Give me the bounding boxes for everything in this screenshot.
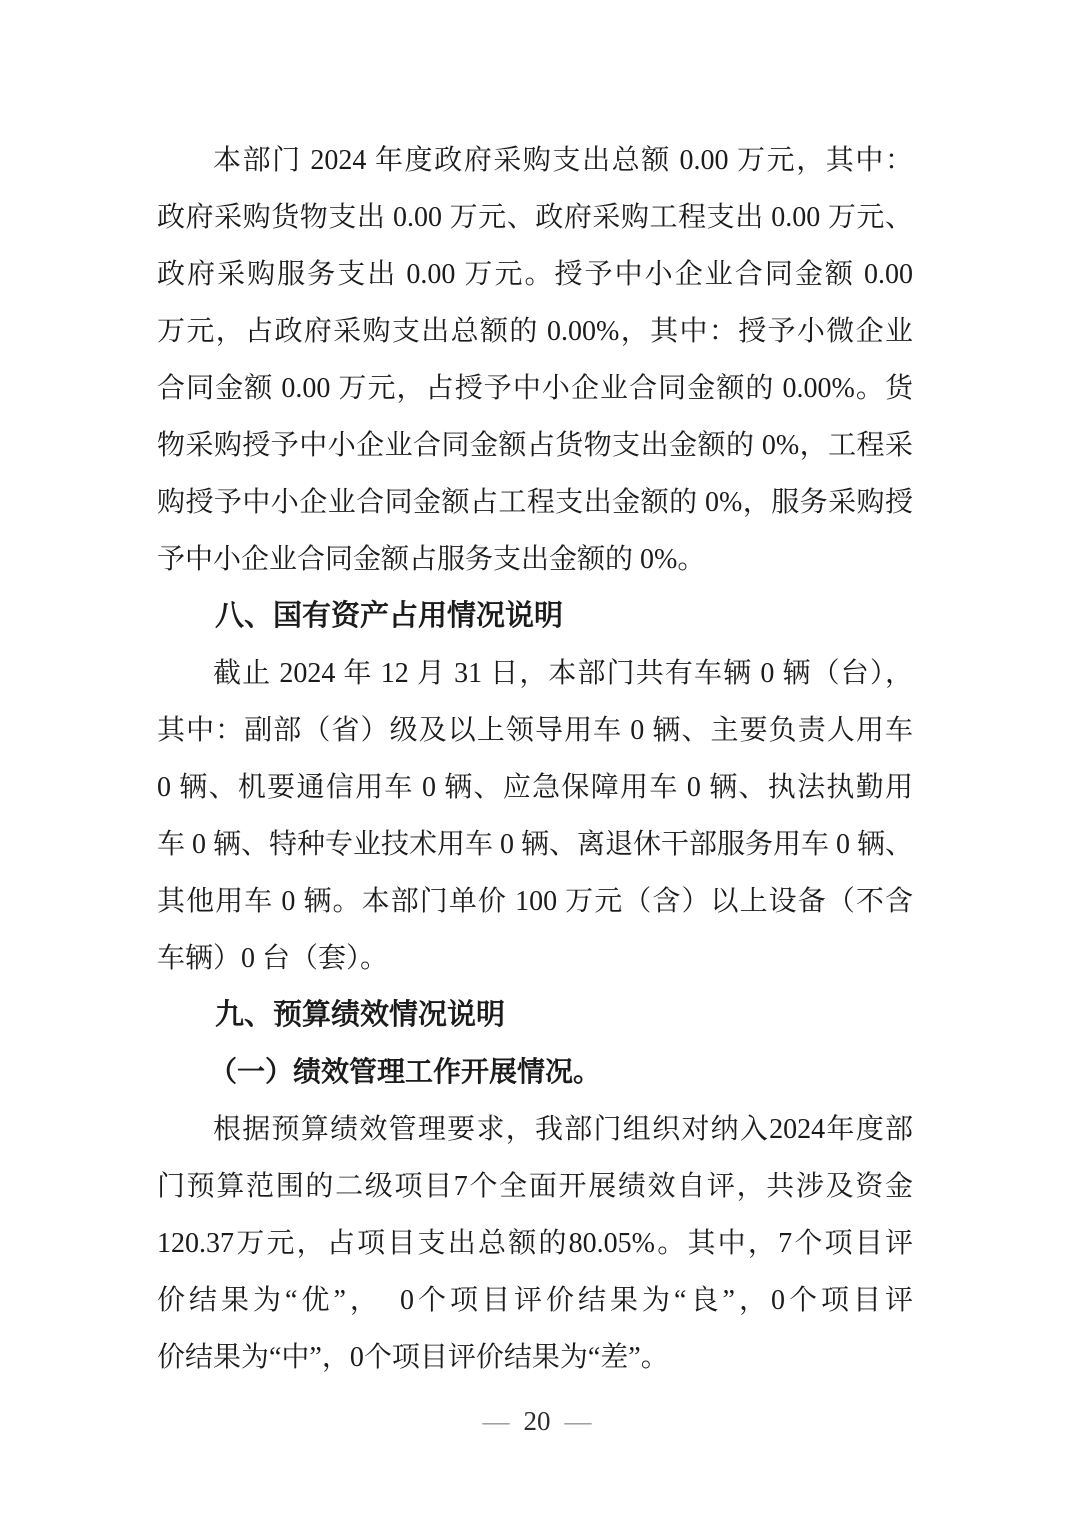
procurement-paragraph-line: 政府采购货物支出 0.00 万元、政府采购工程支出 0.00 万元、 <box>157 189 913 246</box>
assets-paragraph-line: 截止 2024 年 12 月 31 日，本部门共有车辆 0 辆（台）， <box>157 645 913 702</box>
page-number: 20 <box>524 1404 551 1438</box>
document-body: 本部门 2024 年度政府采购支出总额 0.00 万元，其中： 政府采购货物支出… <box>157 0 913 1386</box>
performance-paragraph-line: 价结果为“中”，0个项目评价结果为“差”。 <box>157 1329 913 1386</box>
page-footer: — 20 — <box>0 1404 1074 1438</box>
assets-paragraph-line: 车 0 辆、特种专业技术用车 0 辆、离退休干部服务用车 0 辆、 <box>157 816 913 873</box>
footer-dash-right: — <box>565 1404 592 1438</box>
procurement-paragraph-line: 购授予中小企业合同金额占工程支出金额的 0%，服务采购授 <box>157 474 913 531</box>
assets-paragraph-line: 其他用车 0 辆。本部门单价 100 万元（含）以上设备（不含 <box>157 873 913 930</box>
footer-dash-left: — <box>483 1404 510 1438</box>
section-heading-assets: 八、国有资产占用情况说明 <box>157 588 913 645</box>
section-subheading-performance: （一）绩效管理工作开展情况。 <box>157 1044 913 1101</box>
procurement-paragraph-line: 合同金额 0.00 万元，占授予中小企业合同金额的 0.00%。货 <box>157 360 913 417</box>
performance-paragraph-line: 120.37万元，占项目支出总额的80.05%。其中，7个项目评 <box>157 1215 913 1272</box>
assets-paragraph-line: 其中：副部（省）级及以上领导用车 0 辆、主要负责人用车 <box>157 702 913 759</box>
procurement-paragraph-line: 物采购授予中小企业合同金额占货物支出金额的 0%，工程采 <box>157 417 913 474</box>
assets-paragraph-line: 车辆）0 台（套）。 <box>157 930 913 987</box>
performance-paragraph-line: 价结果为“优”， 0个项目评价结果为“良”，0个项目评 <box>157 1272 913 1329</box>
procurement-paragraph-line: 予中小企业合同金额占服务支出金额的 0%。 <box>157 531 913 588</box>
assets-paragraph-line: 0 辆、机要通信用车 0 辆、应急保障用车 0 辆、执法执勤用 <box>157 759 913 816</box>
procurement-paragraph-line: 政府采购服务支出 0.00 万元。授予中小企业合同金额 0.00 <box>157 246 913 303</box>
performance-paragraph-line: 根据预算绩效管理要求，我部门组织对纳入2024年度部 <box>157 1101 913 1158</box>
procurement-paragraph-line: 本部门 2024 年度政府采购支出总额 0.00 万元，其中： <box>157 132 913 189</box>
document-page: 本部门 2024 年度政府采购支出总额 0.00 万元，其中： 政府采购货物支出… <box>0 0 1074 1520</box>
performance-paragraph-line: 门预算范围的二级项目7个全面开展绩效自评，共涉及资金 <box>157 1158 913 1215</box>
section-heading-performance: 九、预算绩效情况说明 <box>157 987 913 1044</box>
procurement-paragraph-line: 万元，占政府采购支出总额的 0.00%，其中：授予小微企业 <box>157 303 913 360</box>
